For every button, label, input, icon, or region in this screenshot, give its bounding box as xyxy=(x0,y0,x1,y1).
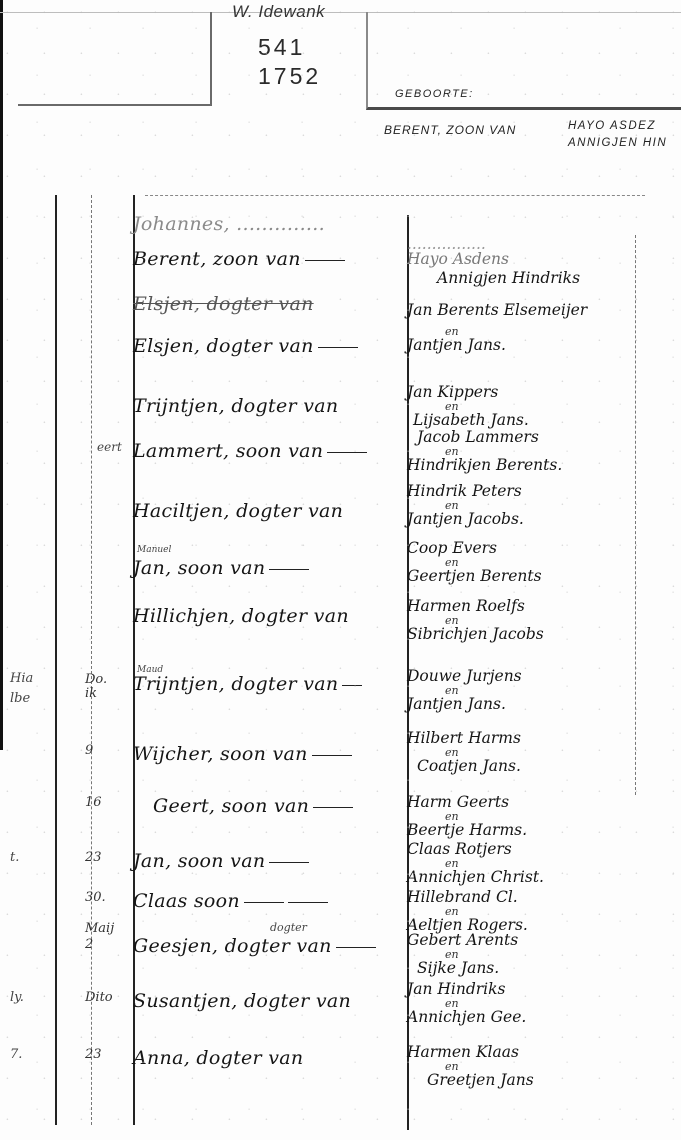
margin-note: 7. xyxy=(10,1047,50,1062)
child-label: Claas soon xyxy=(133,890,240,912)
child-name: Geesjen, dogter van xyxy=(133,935,393,957)
child-label: Elsjen, dogter van xyxy=(133,335,314,357)
mother-name: Sibrichjen Jacobs xyxy=(407,625,647,644)
parents: Coop Evers en Geertjen Berents xyxy=(407,539,647,586)
section-label: GEBOORTE: xyxy=(395,88,474,100)
father-name: Hilbert Harms xyxy=(407,729,647,748)
child-name: Haciltjen, dogter van xyxy=(133,500,393,522)
transcription-parent-1: HAYO ASDEZ xyxy=(568,118,667,135)
father-name: Hillebrand Cl. xyxy=(407,888,647,907)
child-label: Jan, soon van xyxy=(133,557,265,579)
dash-line xyxy=(318,347,358,348)
mother-name: Annichjen Gee. xyxy=(407,1008,647,1027)
dash-line xyxy=(244,902,284,903)
father-name: Jacob Lammers xyxy=(407,428,647,447)
mother-name: Hindrikjen Berents. xyxy=(407,456,647,475)
father-name: Claas Rotjers xyxy=(407,840,647,859)
child-label: Berent, zoon van xyxy=(133,248,301,270)
margin-note: t. xyxy=(10,850,50,865)
child-name: Elsjen, dogter van xyxy=(133,335,393,357)
child-label: Wijcher, soon van xyxy=(133,743,308,765)
en-connector: en xyxy=(407,558,647,567)
en-connector: en xyxy=(407,907,647,916)
child-name: Claas soon xyxy=(133,890,393,912)
child-name: Trijntjen, dogter van xyxy=(133,395,393,417)
label-box-left xyxy=(18,12,212,106)
mother-name: Annichjen Christ. xyxy=(407,868,647,887)
father-name: Hindrik Peters xyxy=(407,482,647,501)
en-connector: en xyxy=(407,1062,647,1071)
father-name: Hayo Asdens xyxy=(407,250,647,269)
mother-name: Geertjen Berents xyxy=(407,567,647,586)
mother-name: Coatjen Jans. xyxy=(407,757,647,776)
dash-line xyxy=(313,807,353,808)
entry-date: 23 xyxy=(85,1047,130,1062)
insert-note: Manuel xyxy=(137,545,171,555)
dash-line xyxy=(288,902,328,903)
child-label: Jan, soon van xyxy=(133,850,265,872)
parents: Jan Kippers en Lijsabeth Jans. xyxy=(407,383,647,430)
record-year: 1752 xyxy=(258,63,321,90)
date-column-line xyxy=(91,195,94,1125)
parents: Claas Rotjers en Annichjen Christ. xyxy=(407,840,647,887)
dash-line xyxy=(327,452,367,453)
mother-name: Jantjen Jacobs. xyxy=(407,510,647,529)
en-connector: en xyxy=(407,999,647,1008)
mother-name: Beertje Harms. xyxy=(407,821,647,840)
mother-name: Sijke Jans. xyxy=(407,959,647,978)
register-top-edge xyxy=(145,195,645,197)
en-connector: en xyxy=(407,501,647,510)
child-name: Jan, soon van xyxy=(133,557,393,579)
father-name: Coop Evers xyxy=(407,539,647,558)
parents: Hayo Asdens Annigjen Hindriks xyxy=(407,250,647,288)
child-label: Geesjen, dogter van xyxy=(133,935,332,957)
child-name: Jan, soon van xyxy=(133,850,393,872)
archive-name: W. Idewank xyxy=(232,2,325,22)
parents: Hindrik Peters en Jantjen Jacobs. xyxy=(407,482,647,529)
dash-line xyxy=(269,862,309,863)
margin-note: eert xyxy=(97,440,137,454)
father-name: Harmen Roelfs xyxy=(407,597,647,616)
entry-date: Maij 2 xyxy=(85,921,115,953)
scan-edge xyxy=(0,0,3,750)
en-connector: en xyxy=(407,950,647,959)
margin-note: ly. xyxy=(10,990,50,1005)
transcription-child: BERENT, ZOON VAN xyxy=(384,123,516,137)
en-connector: en xyxy=(407,859,647,868)
en-connector: en xyxy=(407,686,647,695)
father-name: Harmen Klaas xyxy=(407,1043,647,1062)
child-label: Trijntjen, dogter van xyxy=(133,673,338,695)
dash-line xyxy=(312,755,352,756)
entry-date: Dito xyxy=(85,990,130,1005)
father-name: Gebert Arents xyxy=(407,931,647,950)
child-name: Anna, dogter van xyxy=(133,1047,393,1069)
parents: Jan Hindriks en Annichjen Gee. xyxy=(407,980,647,1027)
parents: Jan Berents Elsemeijer xyxy=(407,301,647,320)
mother-name: Jantjen Jans. xyxy=(407,695,647,714)
child-name: Trijntjen, dogter van xyxy=(133,673,393,695)
transcription-parent-2: ANNIGJEN HIN xyxy=(568,135,667,152)
en-connector: en xyxy=(407,748,647,757)
dash-line xyxy=(342,685,362,686)
child-name: Lammert, soon van xyxy=(133,440,393,462)
father-name: Jan Kippers xyxy=(407,383,647,402)
record-number: 541 xyxy=(258,34,305,61)
parents: Hilbert Harms en Coatjen Jans. xyxy=(407,729,647,776)
father-name: Douwe Jurjens xyxy=(407,667,647,686)
child-name: Wijcher, soon van xyxy=(133,743,393,765)
entry-date: 16 xyxy=(85,795,130,810)
margin-note: Hia lbe xyxy=(10,669,40,709)
parents: Hillebrand Cl. en Aeltjen Rogers. xyxy=(407,888,647,935)
dash-line xyxy=(305,260,345,261)
mother-name: Annigjen Hindriks xyxy=(407,269,647,288)
parents: Gebert Arents en Sijke Jans. xyxy=(407,931,647,978)
child-name: Johannes, .............. xyxy=(133,213,393,235)
dash-line xyxy=(269,569,309,570)
entry-date: 9 xyxy=(85,743,130,758)
father-name: Harm Geerts xyxy=(407,793,647,812)
entry-date: 30. xyxy=(85,890,130,905)
en-connector: en xyxy=(407,327,647,336)
parents: Jacob Lammers en Hindrikjen Berents. xyxy=(407,428,647,475)
baptism-register: Johannes, .............. ...............… xyxy=(55,195,655,1130)
insert-note: dogter xyxy=(270,921,307,934)
en-connector: en xyxy=(407,812,647,821)
en-connector: en xyxy=(407,447,647,456)
parents: Harm Geerts en Beertje Harms. xyxy=(407,793,647,840)
entry-date: Do. ik xyxy=(85,673,115,701)
parents: Harmen Klaas en Greetjen Jans xyxy=(407,1043,647,1090)
child-name: Berent, zoon van xyxy=(133,248,393,270)
child-name: Susantjen, dogter van xyxy=(133,990,393,1012)
father-name: Jan Berents Elsemeijer xyxy=(407,301,647,320)
entry-date: 23 xyxy=(85,850,130,865)
en-connector: en xyxy=(407,616,647,625)
mother-name: Greetjen Jans xyxy=(407,1071,647,1090)
father-name: Jan Hindriks xyxy=(407,980,647,999)
parents: en Jantjen Jans. xyxy=(407,327,647,355)
child-name: Elsjen, dogter van xyxy=(133,293,393,315)
mother-name: Jantjen Jans. xyxy=(407,336,647,355)
parents: Harmen Roelfs en Sibrichjen Jacobs xyxy=(407,597,647,644)
parents: Douwe Jurjens en Jantjen Jans. xyxy=(407,667,647,714)
child-name: Hillichjen, dogter van xyxy=(133,605,393,627)
outer-margin-line xyxy=(55,195,57,1125)
child-name: Geert, soon van xyxy=(153,795,413,817)
dash-line xyxy=(336,947,376,948)
child-label: Lammert, soon van xyxy=(133,440,323,462)
transcription-parents: HAYO ASDEZ ANNIGJEN HIN xyxy=(568,118,667,152)
scanned-register-page: W. Idewank 541 1752 GEBOORTE: BERENT, ZO… xyxy=(0,0,681,1140)
child-label: Geert, soon van xyxy=(153,795,309,817)
en-connector: en xyxy=(407,402,647,411)
